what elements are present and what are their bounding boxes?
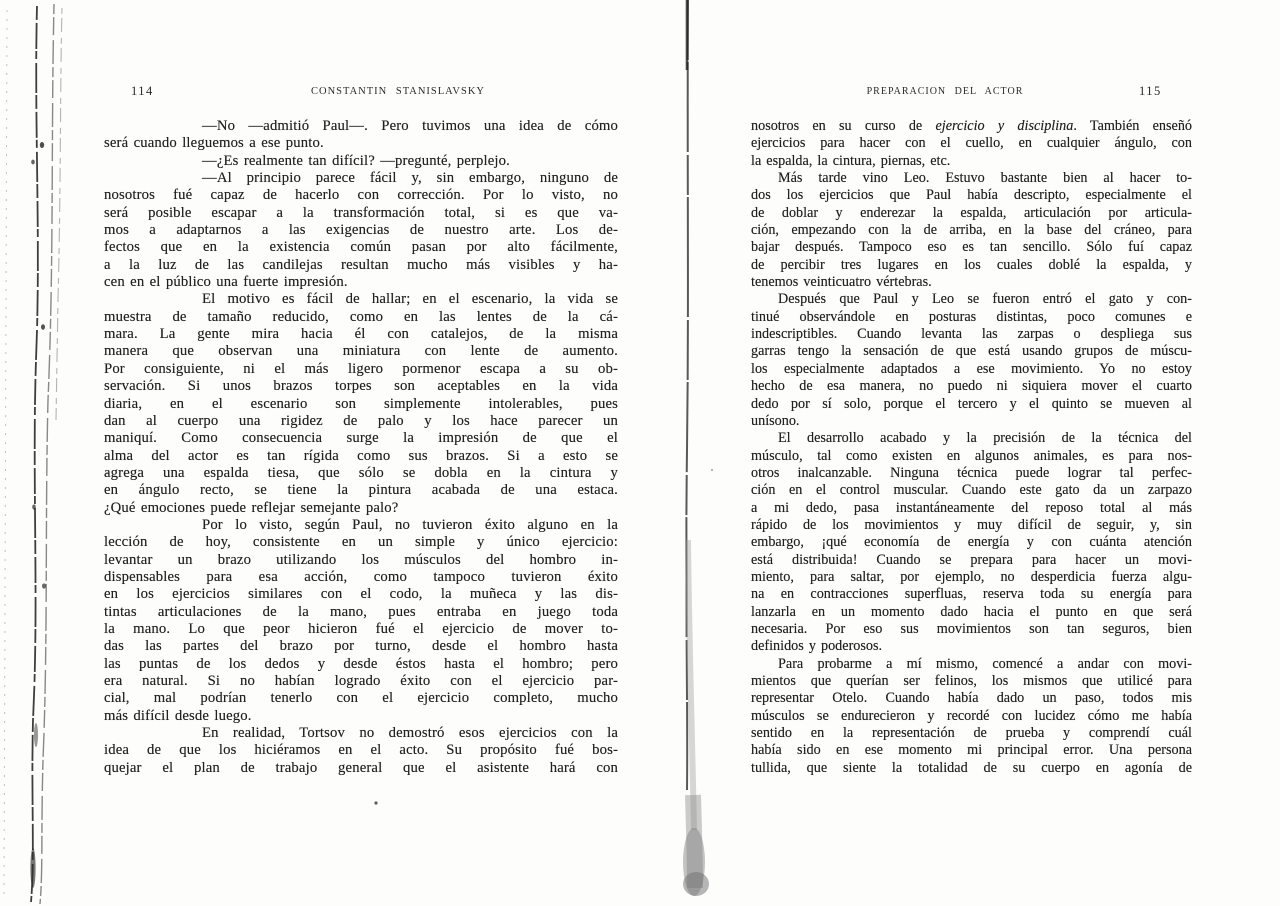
text-line: las puntas de los dedos y desde éstos ha…	[104, 656, 618, 673]
page-number-right: 115	[1139, 84, 1162, 99]
paragraph: En realidad, Tortsov no demostró esos ej…	[104, 725, 618, 777]
text-line: levantar un brazo utilizando los músculo…	[104, 552, 618, 569]
text-line: de percibir tres lugares en los cuales d…	[751, 257, 1192, 274]
paragraph: Por lo visto, según Paul, no tuvieron éx…	[104, 517, 618, 725]
paragraph: Después que Paul y Leo se fueron entró e…	[751, 291, 1192, 430]
text-line: representar Otelo. Cuando había dado un …	[751, 690, 1192, 707]
text-line: quejar el plan de trabajo general que el…	[104, 760, 618, 777]
gutter-shadow-band	[693, 795, 695, 888]
text-line: idea de que los hiciéramos en el acto. S…	[104, 742, 618, 759]
text-line: dispensables para esa acción, como tampo…	[104, 569, 618, 586]
text-line: muestra de tamaño reducido, como en las …	[104, 309, 618, 326]
page-body-left: —No —admitió Paul—. Pero tuvimos una ide…	[104, 118, 618, 777]
text-line: ción en el control muscular. Cuando este…	[751, 482, 1192, 499]
scanned-book-spread: 114 CONSTANTIN STANISLAVSKY PREPARACION …	[0, 0, 1280, 906]
text-line: cial, mal podrían tenerlo con el ejercic…	[104, 690, 618, 707]
text-line: tenemos veinticuatro vértebras.	[751, 274, 1192, 291]
text-line: Por consiguiente, ni el más ligero porme…	[104, 361, 618, 378]
running-header-left: CONSTANTIN STANISLAVSKY	[311, 86, 485, 97]
ink-speck	[32, 504, 36, 509]
text-line: diaria, en el escenario son simplemente …	[104, 396, 618, 413]
text-line: era natural. Si no habían logrado éxito …	[104, 673, 618, 690]
text-line: será cuando lleguemos a ese punto.	[104, 135, 618, 152]
text-line: los especialmente adaptados a ese movimi…	[751, 361, 1192, 378]
text-line: músculos se endurecieron y recordé con l…	[751, 708, 1192, 725]
text-line: Para probarme a mí mismo, comencé a anda…	[751, 656, 1192, 673]
text-line: definidos y poderosos.	[751, 638, 1192, 655]
text-line: Después que Paul y Leo se fueron entró e…	[751, 291, 1192, 308]
text-line: la mano. Lo que peor hicieron fué el eje…	[104, 621, 618, 638]
text-line: fectos que en la existencia común pasan …	[104, 239, 618, 256]
text-line: sentido en la representación de prueba y…	[751, 725, 1192, 742]
text-line: mientos que querían ser felinos, los mis…	[751, 673, 1192, 690]
text-line: mara. La gente mira hacia él con catalej…	[104, 326, 618, 343]
text-line: nosotros en su curso de ejercicio y disc…	[751, 118, 1192, 135]
text-line: servación. Si unos brazos torpes son ace…	[104, 378, 618, 395]
text-line: en ángulo recto, se tiene la pintura aca…	[104, 482, 618, 499]
running-header-right: PREPARACION DEL ACTOR	[867, 86, 1024, 97]
text-line: mos a adaptarnos a las exigencias de nue…	[104, 222, 618, 239]
text-line: ción, empezando con la de arriba, en la …	[751, 222, 1192, 239]
binding-edge-line	[56, 8, 62, 420]
paragraph: El desarrollo acabado y la precisión de …	[751, 430, 1192, 655]
ink-speck	[41, 324, 45, 330]
text-line: dedo por sí solo, porque el tercero y el…	[751, 396, 1192, 413]
text-line: embargo, ¡qué economía de energía y con …	[751, 534, 1192, 551]
text-line: na en contracciones superfluas, reserva …	[751, 586, 1192, 603]
text-line: de doblar y enderezar la espalda, articu…	[751, 205, 1192, 222]
text-line: dos los ejercicios que Paul había descri…	[751, 187, 1192, 204]
page-number-left: 114	[131, 84, 154, 99]
paragraph: —No —admitió Paul—. Pero tuvimos una ide…	[104, 118, 618, 153]
paragraph: El motivo es fácil de hallar; en el esce…	[104, 291, 618, 516]
paragraph: Para probarme a mí mismo, comencé a anda…	[751, 656, 1192, 777]
text-line: será posible escapar a la transformación…	[104, 205, 618, 222]
text-line: miento, para saltar, por ejemplo, no des…	[751, 569, 1192, 586]
text-line: bajar después. Tampoco eso es tan sencil…	[751, 239, 1192, 256]
text-line: das las partes del brazo por turno, desd…	[104, 638, 618, 655]
gutter-shadow-band	[688, 540, 694, 830]
text-line: unísono.	[751, 413, 1192, 430]
text-line: lección de hoy, consistente en un simple…	[104, 534, 618, 551]
gutter-shadow-blob	[683, 828, 705, 896]
text-line: Más tarde vino Leo. Estuvo bastante bien…	[751, 170, 1192, 187]
text-line: El desarrollo acabado y la precisión de …	[751, 430, 1192, 447]
text-line: Por lo visto, según Paul, no tuvieron éx…	[104, 517, 618, 534]
text-line: agrega una espalda tiesa, que sólo se do…	[104, 465, 618, 482]
ink-smudge	[30, 848, 35, 888]
text-line: hecho de esa manera, no puedo ni siquier…	[751, 378, 1192, 395]
text-line: a la luz de las candilejas resultan much…	[104, 257, 618, 274]
text-line: músculo, tal como existen en algunos ani…	[751, 448, 1192, 465]
text-line: ejercicios para hacer con el cuello, en …	[751, 135, 1192, 152]
text-line: la espalda, la cintura, piernas, etc.	[751, 153, 1192, 170]
stray-dot	[374, 801, 377, 804]
gutter-shadow-blob	[683, 872, 709, 896]
paragraph: —Al principio parece fácil y, sin embarg…	[104, 170, 618, 291]
text-line: tinué observándole en posturas distintas…	[751, 309, 1192, 326]
text-line: a mi dedo, pasa instantáneamente del rep…	[751, 500, 1192, 517]
text-line: dan al cuerpo una rigidez de palo y los …	[104, 413, 618, 430]
paragraph: nosotros en su curso de ejercicio y disc…	[751, 118, 1192, 170]
text-line: garras tengo la sensación de que está us…	[751, 343, 1192, 360]
text-line: en los ejercicios similares con el codo,…	[104, 586, 618, 603]
text-line: lanzarla en un momento dado hacia el pun…	[751, 604, 1192, 621]
text-line: cen en el público una fuerte impresión.	[104, 274, 618, 291]
text-line: manera que observan una miniatura con le…	[104, 343, 618, 360]
paragraph: Más tarde vino Leo. Estuvo bastante bien…	[751, 170, 1192, 291]
text-line: había sido en ese momento mi principal e…	[751, 742, 1192, 759]
page-edge-dotted-line	[4, 10, 7, 900]
text-line: En realidad, Tortsov no demostró esos ej…	[104, 725, 618, 742]
text-line: tintas articulaciones de la mano, pues e…	[104, 604, 618, 621]
text-line: tullida, que siente la totalidad de su c…	[751, 760, 1192, 777]
text-line: está distribuida! Cuando se prepara para…	[751, 552, 1192, 569]
ink-smudge	[34, 723, 38, 747]
text-line: más difícil desde luego.	[104, 708, 618, 725]
text-line: necesaria. Por eso sus movimientos son t…	[751, 621, 1192, 638]
ink-speck	[42, 583, 46, 588]
binding-edge-line	[40, 4, 54, 904]
text-line: rápido de los movimientos y muy difícil …	[751, 517, 1192, 534]
text-line: —¿Es realmente tan difícil? —pregunté, p…	[104, 153, 618, 170]
text-line: —Al principio parece fácil y, sin embarg…	[104, 170, 618, 187]
gutter-fold-line	[686, 0, 688, 790]
text-line: nosotros fué capaz de hacerlo con correc…	[104, 187, 618, 204]
ink-speck	[40, 142, 44, 148]
page-body-right: nosotros en su curso de ejercicio y disc…	[751, 118, 1192, 777]
ink-speck	[31, 160, 35, 165]
text-line: indescriptibles. Cuando levanta las zarp…	[751, 326, 1192, 343]
binding-edge-line	[31, 6, 38, 902]
text-line: alma del actor es tan rígida como sus br…	[104, 448, 618, 465]
stray-dot	[711, 469, 713, 471]
text-line: otros inalcanzable. Ninguna técnica pued…	[751, 465, 1192, 482]
paragraph: —¿Es realmente tan difícil? —pregunté, p…	[104, 153, 618, 170]
text-line: —No —admitió Paul—. Pero tuvimos una ide…	[104, 118, 618, 135]
text-line: ¿Qué emociones puede reflejar semejante …	[104, 500, 618, 517]
text-line: El motivo es fácil de hallar; en el esce…	[104, 291, 618, 308]
text-line: maniquí. Como consecuencia surge la impr…	[104, 430, 618, 447]
